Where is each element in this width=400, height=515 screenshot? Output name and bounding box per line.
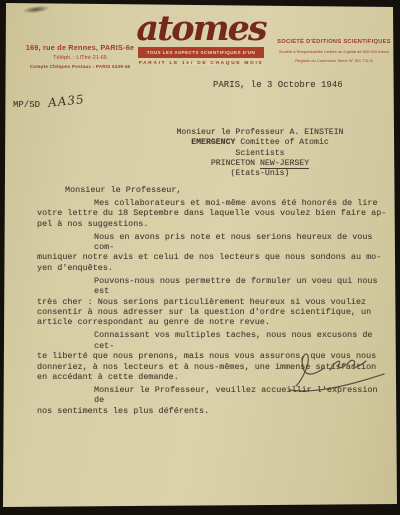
logo-tagline-banner: TOUS LES ASPECTS SCIENTIFIQUES D'UN NOUV… xyxy=(138,47,264,58)
recipient-state-underlined: NEW-JERSEY xyxy=(260,159,309,170)
paragraph-3: Pouvons-nous nous permettre de formuler … xyxy=(37,276,391,328)
handwritten-annotation: AA35 xyxy=(47,92,85,110)
signature-ink xyxy=(286,346,391,396)
body-line: pel à nos suggestions. xyxy=(37,219,391,229)
recipient-city: PRINCETON xyxy=(211,159,260,168)
recipient-org-rest: Comittee of Atomic xyxy=(235,138,328,147)
letterhead-address-block: 169, rue de Rennes, PARIS-6e Téléph. : L… xyxy=(15,43,145,69)
body-line: très cher : Nous serions particulièremen… xyxy=(37,297,391,307)
recipient-country: (Etats-Unis) xyxy=(150,169,370,179)
body-line: yen d'enquêtes. xyxy=(37,263,391,273)
publisher-account: Compte Chèques Postaux : PARIS 5439-46 xyxy=(15,64,145,69)
magazine-logo: atomes xyxy=(132,12,270,46)
recipient-city-line: PRINCETON NEW-JERSEY xyxy=(150,159,370,169)
recipient-org-line2: Scientists xyxy=(150,149,370,159)
paragraph-2: Nous en avons pris note et nous serions … xyxy=(37,232,391,274)
body-line: Mes collaborateurs et moi-même avons été… xyxy=(37,198,391,208)
publication-frequency: PARAIT LE 1er DE CHAQUE MOIS xyxy=(132,61,270,66)
publisher-phone: Téléph. : LITtré 21-65 xyxy=(15,55,145,61)
signature-scrawl xyxy=(286,346,391,396)
body-line: consentir à nous adresser sur la questio… xyxy=(37,307,391,317)
recipient-name: Monsieur le Professeur A. EINSTEIN xyxy=(150,128,370,138)
body-line: article correspondant au genre de notre … xyxy=(37,317,391,327)
letter-paper: 169, rue de Rennes, PARIS-6e Téléph. : L… xyxy=(0,0,400,515)
recipient-org-emphasis: EMERGENCY xyxy=(191,138,235,147)
letterhead-company-block: SOCIÉTÉ D'ÉDITIONS SCIENTIFIQUES Société… xyxy=(273,39,395,63)
logo-block: atomes TOUS LES ASPECTS SCIENTIFIQUES D'… xyxy=(132,12,270,66)
scanned-letter: { "letterhead": { "left": { "address": "… xyxy=(0,0,400,515)
company-legal-line: Société à Responsabilité Limitée au Capi… xyxy=(273,49,395,54)
reference-code: MP/SD xyxy=(13,100,40,110)
scan-smudge xyxy=(22,4,51,14)
body-line: Nous en avons pris note et nous serions … xyxy=(37,232,391,253)
recipient-address-block: Monsieur le Professeur A. EINSTEIN EMERG… xyxy=(150,128,370,179)
recipient-org-line1: EMERGENCY Comittee of Atomic xyxy=(150,138,370,148)
company-registry-line: Registre du Commerce Seine N° 301.731 B xyxy=(273,58,395,63)
body-line: muniquer notre avis et celui de nos lect… xyxy=(37,252,391,262)
body-line: Pouvons-nous nous permettre de formuler … xyxy=(37,276,391,297)
publisher-address: 169, rue de Rennes, PARIS-6e xyxy=(15,43,145,52)
body-line: votre lettre du 18 Septembre dans laquel… xyxy=(37,208,391,218)
body-line: nos sentiments les plus déférents. xyxy=(37,406,391,416)
salutation: Monsieur le Professeur, xyxy=(65,185,391,195)
paragraph-1: Mes collaborateurs et moi-même avons été… xyxy=(37,198,391,229)
date-line: PARIS, le 3 Octobre 1946 xyxy=(213,80,343,90)
company-name: SOCIÉTÉ D'ÉDITIONS SCIENTIFIQUES xyxy=(273,39,395,45)
